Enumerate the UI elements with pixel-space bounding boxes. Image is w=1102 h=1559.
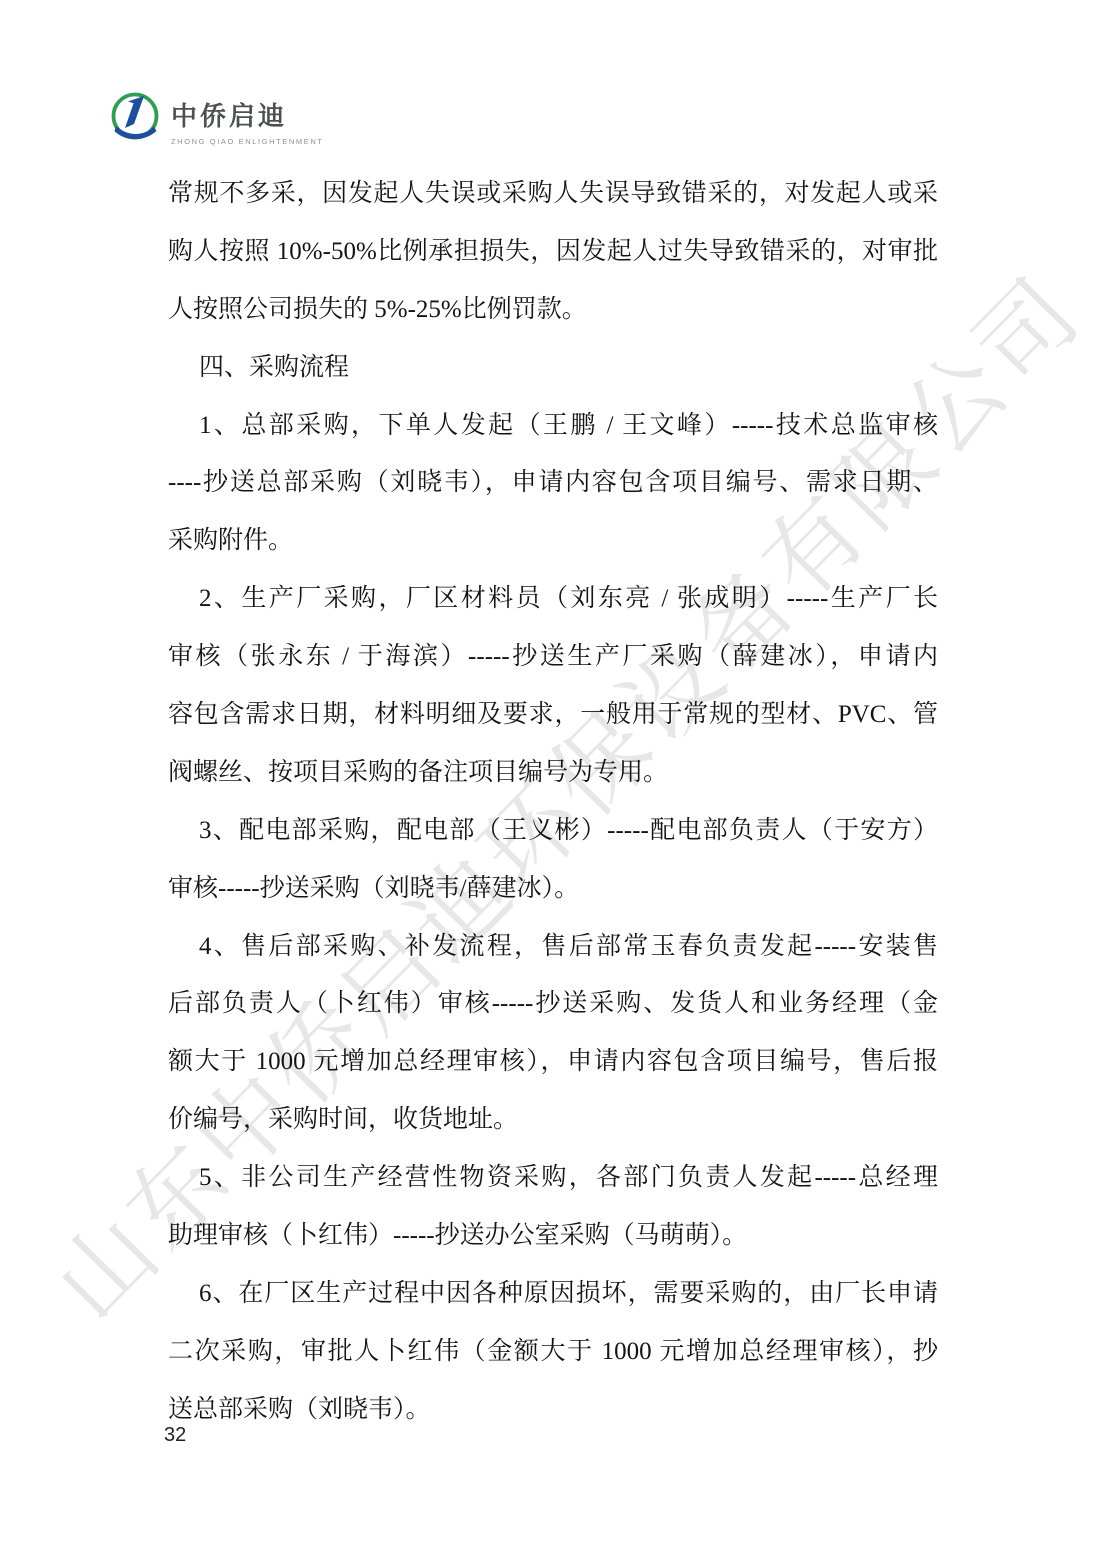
page-number: 32 [164,1424,186,1447]
section-heading: 四、采购流程 [168,339,938,397]
company-logo-text: 中侨启迪 ZHONG QIAO ENLIGHTENMENT [171,90,324,146]
text-line: 3、配电部采购，配电部（王义彬）-----配电部负责人（于安方） [168,802,938,860]
text-line: 价编号，采购时间，收货地址。 [168,1091,938,1149]
text-line: ----抄送总部采购（刘晓韦），申请内容包含项目编号、需求日期、 [168,454,938,512]
text-line: 4、售后部采购、补发流程，售后部常玉春负责发起-----安装售 [168,918,938,976]
text-line: 6、在厂区生产过程中因各种原因损坏，需要采购的，由厂长申请 [168,1265,938,1323]
company-name-english: ZHONG QIAO ENLIGHTENMENT [171,137,324,146]
document-page: 山东中侨启迪环保设备有限公司 中侨启迪 ZHONG QIAO ENLIGHTEN… [0,0,1102,1559]
text-line: 5、非公司生产经营性物资采购，各部门负责人发起-----总经理 [168,1149,938,1207]
company-logo-icon [108,90,162,144]
text-line: 容包含需求日期，材料明细及要求，一般用于常规的型材、PVC、管 [168,686,938,744]
text-line: 二次采购，审批人卜红伟（金额大于 1000 元增加总经理审核），抄 [168,1323,938,1381]
text-line: 采购附件。 [168,512,938,570]
text-line: 助理审核（卜红伟）-----抄送办公室采购（马萌萌）。 [168,1207,938,1265]
text-line: 阀螺丝、按项目采购的备注项目编号为专用。 [168,744,938,802]
company-name: 中侨启迪 [171,96,324,133]
text-line: 审核（张永东 / 于海滨）-----抄送生产厂采购（薛建冰），申请内 [168,628,938,686]
text-line: 审核-----抄送采购（刘晓韦/薛建冰）。 [168,860,938,918]
text-line: 购人按照 10%-50%比例承担损失，因发起人过失导致错采的，对审批 [168,223,938,281]
document-body: 常规不多采，因发起人失误或采购人失误导致错采的，对发起人或采 购人按照 10%-… [168,165,938,1439]
text-line: 后部负责人（卜红伟）审核-----抄送采购、发货人和业务经理（金 [168,975,938,1033]
text-line: 1、总部采购，下单人发起（王鹏 / 王文峰）-----技术总监审核 [168,397,938,455]
text-line: 2、生产厂采购，厂区材料员（刘东亮 / 张成明）-----生产厂长 [168,570,938,628]
company-logo: 中侨启迪 ZHONG QIAO ENLIGHTENMENT [108,90,324,146]
text-line: 常规不多采，因发起人失误或采购人失误导致错采的，对发起人或采 [168,165,938,223]
text-line: 人按照公司损失的 5%-25%比例罚款。 [168,281,938,339]
text-line: 额大于 1000 元增加总经理审核），申请内容包含项目编号，售后报 [168,1033,938,1091]
text-line: 送总部采购（刘晓韦）。 [168,1381,938,1439]
